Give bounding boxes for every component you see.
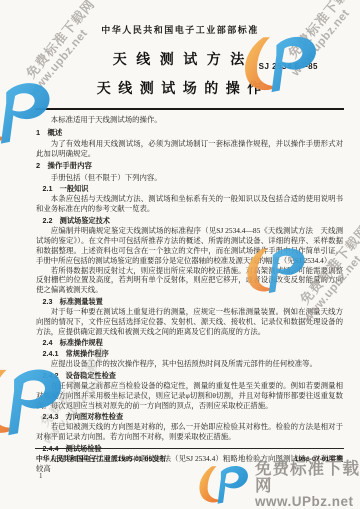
paragraph: 手册包括（但不限于）下列内容。 <box>36 173 343 183</box>
section-heading-2-4-3: 2.4.3 方向图对称性检查 <box>36 412 343 422</box>
standard-number: SJ 2534.6—85 <box>259 62 318 71</box>
paragraph: 若所得数据表明反射过大，则应提出所应采取的校正措施。对高架测试场，可能需要调整反… <box>36 266 343 296</box>
section-heading-2-2: 2.2 测试场鉴定技术 <box>36 216 343 226</box>
section-heading-2-4: 2.4 标准操作规程 <box>36 338 343 348</box>
issue-date: 中华人民共和国电子工业部1985-01-05发布 <box>36 453 166 463</box>
issuing-org-line: 中华人民共和国电子工业部部标准 <box>0 23 360 36</box>
footer-rule <box>35 448 344 449</box>
document-body: 本标准适用于天线测试场的操作。 1 概述 为了有效地利用天线测试场，必须为测试场… <box>0 110 360 474</box>
watermark-site-url: www.UPbz.net <box>255 495 360 509</box>
section-heading-2-3: 2.3 标准测量装置 <box>36 297 343 307</box>
paragraph: 本条应包括与天线测试方法、测试场和坐标系有关的一般知识以及包括合适的使用说明书和… <box>36 194 343 214</box>
paragraph: 对于每一种要在测试场上重复进行的测量，应规定一些标准测量装置。例如在测量天线方向… <box>36 307 343 337</box>
page-number: 1 <box>39 472 43 480</box>
scope-paragraph: 本标准适用于天线测试场的操作。 <box>36 115 343 125</box>
paragraph: 应提出设备工作的按次操作程序，其中包括预热时间及所需元部件的任何校准等。 <box>36 359 343 369</box>
footer: 中华人民共和国电子工业部1985-01-05发布 1986-07-01实施 <box>36 453 343 463</box>
implementation-date: 1986-07-01实施 <box>295 453 343 463</box>
paragraph: 应编制并明确规定鉴定天线测试场的标准程序（见SJ 2534.4—85《天线测试方… <box>36 226 343 266</box>
document-page: 中华人民共和国电子工业部部标准 天 线 测 试 方 法 天 线 测 试 场 的 … <box>0 0 360 509</box>
standard-title-line2: 天 线 测 试 场 的 操 作 <box>0 78 360 98</box>
section-heading-1: 1 概述 <box>36 128 343 138</box>
paragraph: 若已知被测天线的方向图是对称的，那么一开始即应检验其对称性。检验的方法是相对于对… <box>36 422 343 442</box>
paragraph: 为了有效地利用天线测试场，必须为测试场制订一套标准操作规程，并以操作手册形式对此… <box>36 139 343 159</box>
section-heading-2-1: 2.1 一般知识 <box>36 184 343 194</box>
section-heading-2: 2 操作手册内容 <box>36 161 343 171</box>
section-heading-2-4-1: 2.4.1 常规操作程序 <box>36 349 343 359</box>
document-header: 中华人民共和国电子工业部部标准 天 线 测 试 方 法 天 线 测 试 场 的 … <box>0 0 360 98</box>
paragraph: 在任何测量之前都应当检验设备的稳定性，测量的重复性是至关重要的。例如若要测量相对… <box>36 381 343 411</box>
section-heading-2-4-2: 2.4.2 设备稳定性检查 <box>36 371 343 381</box>
